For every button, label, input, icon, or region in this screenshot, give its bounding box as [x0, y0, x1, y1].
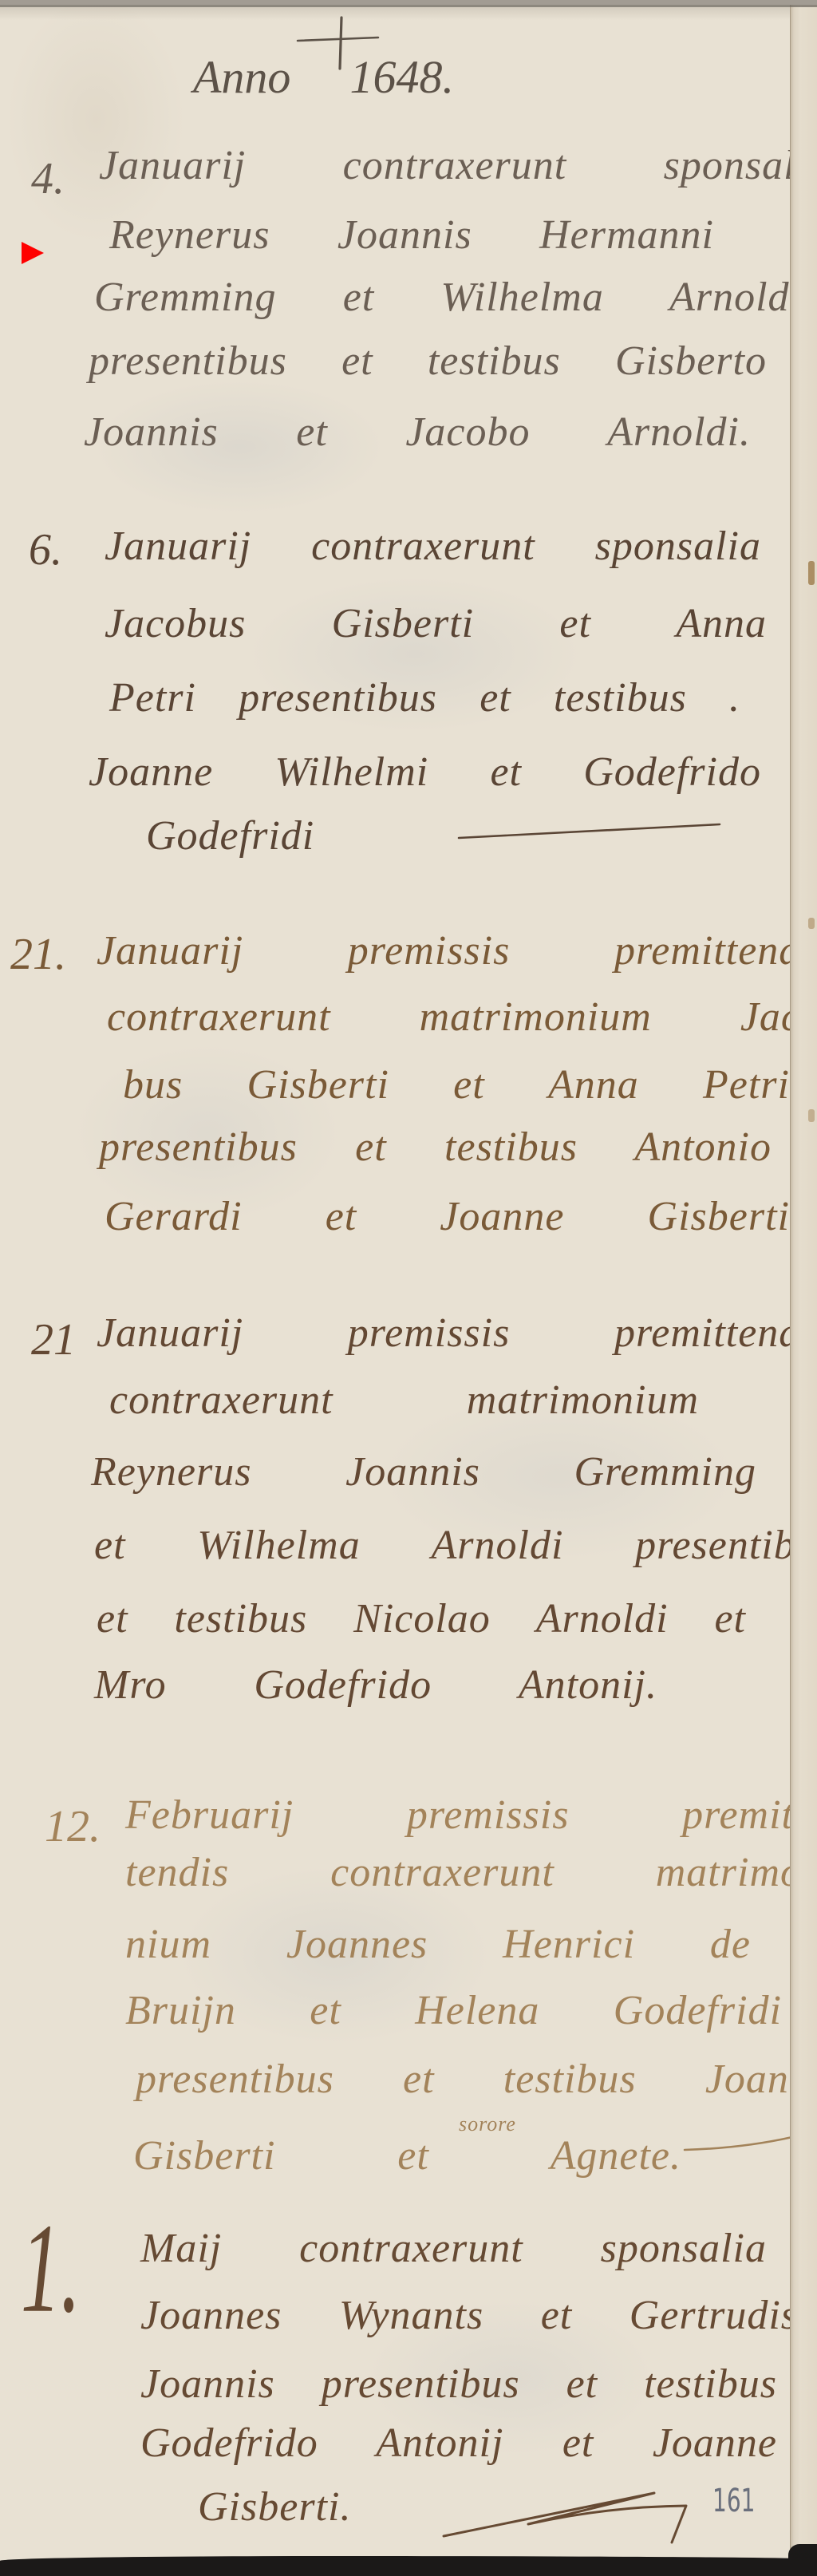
entry-line: nium Joannes Henrici de	[125, 1919, 751, 1970]
entry-line: Maij contraxerunt sponsalia	[140, 2223, 767, 2274]
entry-line: Januarij contraxerunt sponsalia	[105, 521, 761, 572]
entry-line: Joannis et Jacobo Arnoldi.	[84, 407, 751, 458]
entry-line: contraxerunt matrimonium Jaco	[107, 992, 817, 1043]
entry-date: 12.	[45, 1801, 101, 1852]
rule-line-entry-5	[685, 2137, 792, 2150]
page-bottom-corner	[788, 2544, 817, 2576]
entry-line: Gremming et Wilhelma Arnoldi	[94, 272, 802, 323]
entry-date: 21.	[10, 929, 66, 980]
entry-date: 6.	[29, 524, 62, 575]
red-triangle-marker-icon	[22, 242, 44, 264]
entry-line: presentibus et testibus Gisberto	[89, 336, 767, 387]
entry-line: Reynerus Joannis Hermanni	[109, 210, 714, 261]
entry-line: Gerardi et Joanne Gisberti	[105, 1191, 790, 1243]
entry-line: Gisberti et Agnete.	[133, 2131, 681, 2182]
ink-fragment-mark	[808, 918, 815, 929]
page-number: 161	[712, 2481, 755, 2521]
entry-line: Gisberti.	[198, 2482, 405, 2533]
ink-fragment-mark	[808, 1109, 815, 1122]
entry-line: et testibus Nicolao Arnoldi et	[97, 1594, 746, 1645]
year-heading: Anno 1648.	[193, 49, 454, 105]
entry-line: Godefrido Antonij et Joanne	[140, 2418, 777, 2469]
entry-line: contraxerunt matrimonium	[109, 1375, 699, 1426]
entry-line: Januarij premissis premittendis	[97, 926, 817, 977]
rule-line-entry-2	[459, 824, 720, 838]
entry-line: et Wilhelma Arnoldi presentibus	[94, 1520, 817, 1571]
entry-line: Mro Godefrido Antonij.	[94, 1660, 657, 1711]
entry-date: 1.	[21, 2186, 81, 2352]
entry-line: Godefridi	[146, 811, 353, 862]
paraph-flourish-icon	[444, 2493, 686, 2542]
manuscript-page: Anno 1648. 4. Januarij contraxerunt spon…	[0, 0, 817, 2576]
entry-line: presentibus et testibus Antonio	[99, 1122, 772, 1173]
ink-fragment-mark	[808, 561, 815, 585]
entry-line: Januarij contraxerunt sponsalia	[99, 140, 817, 192]
entry-line: bus Gisberti et Anna Petri	[123, 1060, 790, 1111]
entry-date: 21	[31, 1314, 76, 1365]
adjacent-page-edge	[790, 0, 817, 2576]
entry-line: Joannis presentibus et testibus	[140, 2359, 777, 2410]
entry-date: 4.	[31, 153, 65, 204]
entry-line: presentibus et testibus Joanne	[136, 2054, 817, 2105]
entry-line: Joanne Wilhelmi et Godefrido	[89, 747, 761, 798]
entry-line: Jacobus Gisberti et Anna	[105, 599, 767, 650]
entry-line: Bruijn et Helena Godefridi	[125, 1985, 782, 2037]
entry-line: Joannes Wynants et Gertrudis	[140, 2290, 798, 2341]
page-top-line	[0, 5, 817, 7]
page-bottom-edge	[0, 2556, 817, 2576]
entry-line: tendis contraxerunt matrimo	[125, 1847, 802, 1898]
entry-line: Januarij premissis premittendis	[97, 1308, 817, 1359]
page-top-shade	[0, 7, 817, 20]
entry-line: Petri presentibus et testibus .	[109, 673, 740, 724]
entry-line: Februarij premissis premit	[125, 1790, 794, 1841]
entry-line: Reynerus Joannis Gremming	[91, 1447, 756, 1498]
